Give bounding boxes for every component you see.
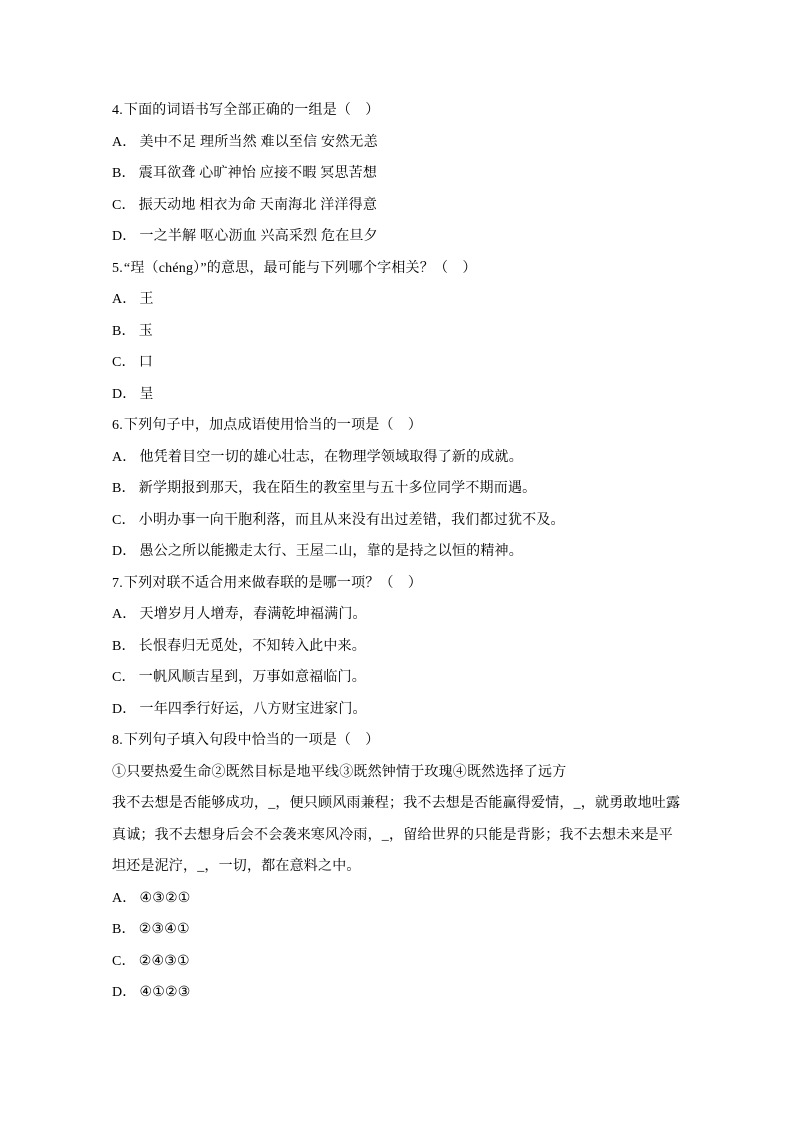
exam-page: 4.下面的词语书写全部正确的一组是（ ） A．美中不足 理所当然 难以至信 安然… <box>0 0 794 1123</box>
option-label: C． <box>112 198 136 213</box>
option-label: B． <box>112 166 136 181</box>
option-text: 他凭着目空一切的雄心壮志，在物理学领域取得了新的成就。 <box>140 450 523 465</box>
option-row: B．玉 <box>112 316 684 348</box>
option-row: B．新学期报到那天，我在陌生的教室里与五十多位同学不期而遇。 <box>112 473 684 505</box>
option-label: B． <box>112 639 136 654</box>
question-number: 8. <box>112 733 123 748</box>
option-label: D． <box>112 985 137 1000</box>
question-title: 5.“珵（chéng）”的意思，最可能与下列哪个字相关？（ ） <box>112 253 684 285</box>
option-label: D． <box>112 229 137 244</box>
question-number: 5. <box>112 261 123 276</box>
option-row: B．震耳欲聋 心旷神怡 应接不暇 冥思苦想 <box>112 158 684 190</box>
option-label: A． <box>112 607 137 622</box>
option-label: A． <box>112 891 137 906</box>
option-row: C．一帆风顺吉星到，万事如意福临门。 <box>112 662 684 694</box>
option-row: C．口 <box>112 347 684 379</box>
option-row: B．②③④① <box>112 914 684 946</box>
option-label: D． <box>112 387 137 402</box>
option-label: A． <box>112 450 137 465</box>
option-row: D．④①②③ <box>112 977 684 1009</box>
question-title: 4.下面的词语书写全部正确的一组是（ ） <box>112 95 684 127</box>
question-number: 4. <box>112 103 123 118</box>
option-text: 玉 <box>139 324 153 339</box>
option-row: D．一之半解 呕心沥血 兴高采烈 危在旦夕 <box>112 221 684 253</box>
question-5: 5.“珵（chéng）”的意思，最可能与下列哪个字相关？（ ） A．王 B．玉 … <box>112 253 684 411</box>
option-text: ②④③① <box>139 954 190 969</box>
option-label: D． <box>112 702 137 717</box>
option-text: 小明办事一向干胞利落，而且从来没有出过差错，我们都过犹不及。 <box>139 513 565 528</box>
question-8: 8.下列句子填入句段中恰当的一项是（ ） ①只要热爱生命②既然目标是地平线③既然… <box>112 725 684 1009</box>
option-label: A． <box>112 292 137 307</box>
question-title: 7.下列对联不适合用来做春联的是哪一项？（ ） <box>112 568 684 600</box>
option-text: 长恨春归无觅处，不知转入此中来。 <box>139 639 366 654</box>
option-label: B． <box>112 324 136 339</box>
option-label: A． <box>112 135 137 150</box>
option-text: 口 <box>139 355 153 370</box>
question-7: 7.下列对联不适合用来做春联的是哪一项？（ ） A．天增岁月人增寿，春满乾坤福满… <box>112 568 684 726</box>
question-title: 8.下列句子填入句段中恰当的一项是（ ） <box>112 725 684 757</box>
option-label: B． <box>112 481 136 496</box>
option-label: C． <box>112 513 136 528</box>
question-title-text: 下面的词语书写全部正确的一组是（ ） <box>124 103 380 118</box>
option-text: 美中不足 理所当然 难以至信 安然无恙 <box>140 135 378 150</box>
option-row: D．一年四季行好运，八方财宝进家门。 <box>112 694 684 726</box>
option-text: 愚公之所以能搬走太行、王屋二山，靠的是持之以恒的精神。 <box>140 544 523 559</box>
option-text: 天增岁月人增寿，春满乾坤福满门。 <box>140 607 367 622</box>
option-label: C． <box>112 670 136 685</box>
option-label: C． <box>112 355 136 370</box>
question-title-text: 下列对联不适合用来做春联的是哪一项？（ ） <box>124 576 422 591</box>
option-label: C． <box>112 954 136 969</box>
option-row: D．愚公之所以能搬走太行、王屋二山，靠的是持之以恒的精神。 <box>112 536 684 568</box>
question-6: 6.下列句子中，加点成语使用恰当的一项是（ ） A．他凭着目空一切的雄心壮志，在… <box>112 410 684 568</box>
option-text: ④③②① <box>140 891 191 906</box>
option-row: C．振天动地 相衣为命 天南海北 洋洋得意 <box>112 190 684 222</box>
numbered-sentences: ①只要热爱生命②既然目标是地平线③既然钟情于玫瑰④既然选择了远方 <box>112 757 684 789</box>
option-text: 新学期报到那天，我在陌生的教室里与五十多位同学不期而遇。 <box>139 481 537 496</box>
option-row: C．小明办事一向干胞利落，而且从来没有出过差错，我们都过犹不及。 <box>112 505 684 537</box>
option-row: A．美中不足 理所当然 难以至信 安然无恙 <box>112 127 684 159</box>
question-title-text: 下列句子填入句段中恰当的一项是（ ） <box>124 733 380 748</box>
option-row: A．王 <box>112 284 684 316</box>
question-number: 6. <box>112 418 123 433</box>
option-text: 王 <box>140 292 154 307</box>
fill-in-paragraph: 我不去想是否能够成功，_，便只顾风雨兼程；我不去想是否能赢得爱情，_，就勇敢地吐… <box>112 788 684 883</box>
option-label: D． <box>112 544 137 559</box>
option-text: 呈 <box>140 387 154 402</box>
option-row: A．天增岁月人增寿，春满乾坤福满门。 <box>112 599 684 631</box>
question-title: 6.下列句子中，加点成语使用恰当的一项是（ ） <box>112 410 684 442</box>
option-text: 一之半解 呕心沥血 兴高采烈 危在旦夕 <box>140 229 378 244</box>
exam-content: 4.下面的词语书写全部正确的一组是（ ） A．美中不足 理所当然 难以至信 安然… <box>112 95 684 1009</box>
question-number: 7. <box>112 576 123 591</box>
option-text: 振天动地 相衣为命 天南海北 洋洋得意 <box>139 198 377 213</box>
question-title-text: “珵（chéng）”的意思，最可能与下列哪个字相关？（ ） <box>124 261 477 276</box>
option-text: ④①②③ <box>140 985 191 1000</box>
option-row: C．②④③① <box>112 946 684 978</box>
option-text: 一帆风顺吉星到，万事如意福临门。 <box>139 670 366 685</box>
option-row: A．④③②① <box>112 883 684 915</box>
question-4: 4.下面的词语书写全部正确的一组是（ ） A．美中不足 理所当然 难以至信 安然… <box>112 95 684 253</box>
option-text: 震耳欲聋 心旷神怡 应接不暇 冥思苦想 <box>139 166 377 181</box>
option-row: B．长恨春归无觅处，不知转入此中来。 <box>112 631 684 663</box>
option-text: ②③④① <box>139 922 190 937</box>
option-row: A．他凭着目空一切的雄心壮志，在物理学领域取得了新的成就。 <box>112 442 684 474</box>
option-row: D．呈 <box>112 379 684 411</box>
question-title-text: 下列句子中，加点成语使用恰当的一项是（ ） <box>124 418 422 433</box>
option-text: 一年四季行好运，八方财宝进家门。 <box>140 702 367 717</box>
option-label: B． <box>112 922 136 937</box>
